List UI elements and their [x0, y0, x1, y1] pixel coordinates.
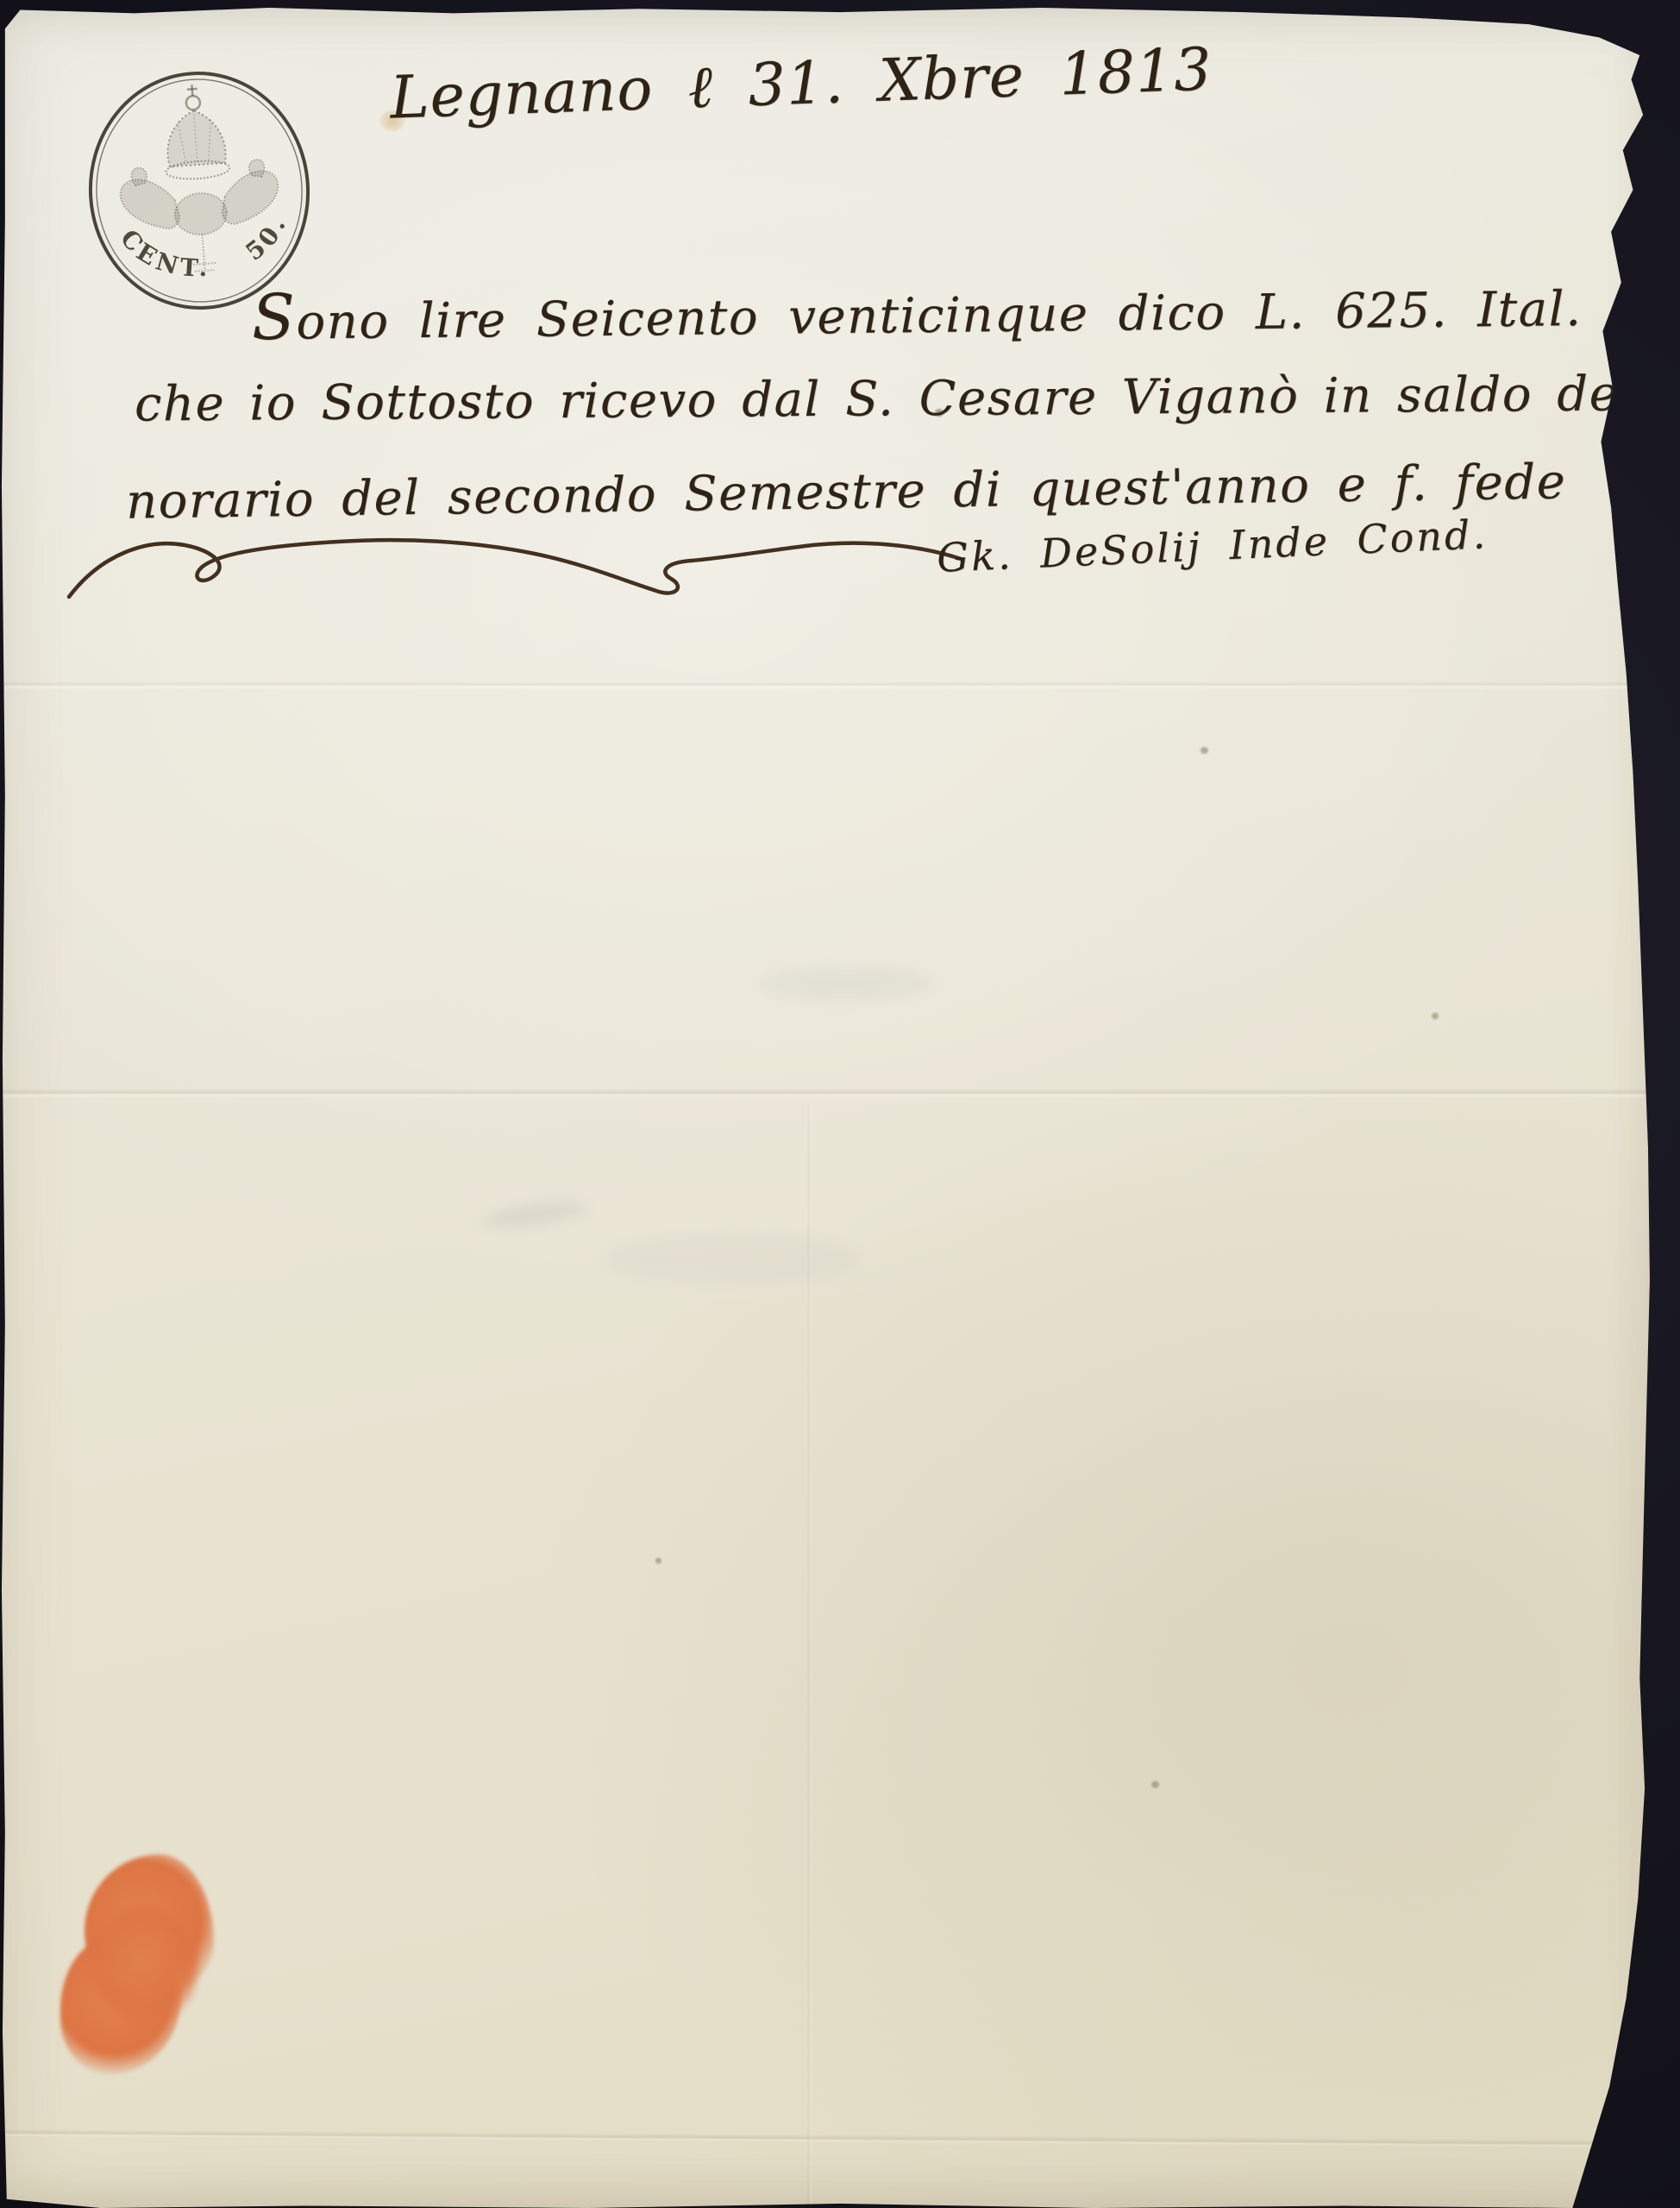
fold-crease	[0, 2129, 1680, 2148]
ink-showthrough	[604, 1233, 862, 1285]
body-line-2: che io Sottosto ricevo dal S. Cesare Vig…	[135, 366, 1680, 433]
ink-showthrough	[482, 1196, 587, 1233]
orange-wax-stain	[60, 1854, 224, 2079]
signature-handwriting: Gk. DeSolij Inde Cond.	[936, 511, 1489, 581]
fold-crease	[806, 1104, 812, 2208]
foxing-spot	[1200, 747, 1208, 754]
fold-crease	[0, 1088, 1680, 1099]
crown-icon	[160, 83, 230, 181]
body-line-1: Sono lire Seicento venticinque dico L. 6…	[252, 267, 1583, 354]
fold-crease	[0, 681, 1680, 690]
ink-showthrough	[759, 966, 931, 1000]
photograph-of-document: CENT. 50. Legnano ℓ 31. Xbre 1813 Sono l…	[0, 0, 1680, 2208]
foxing-spot	[1432, 1013, 1439, 1019]
foxing-spot	[1151, 1781, 1159, 1788]
foxing-spot	[655, 1558, 661, 1564]
dateline-handwriting: Legnano ℓ 31. Xbre 1813	[389, 35, 1213, 132]
closing-flourish-stroke	[62, 507, 976, 611]
paper-sheet: CENT. 50. Legnano ℓ 31. Xbre 1813 Sono l…	[0, 0, 1680, 2208]
